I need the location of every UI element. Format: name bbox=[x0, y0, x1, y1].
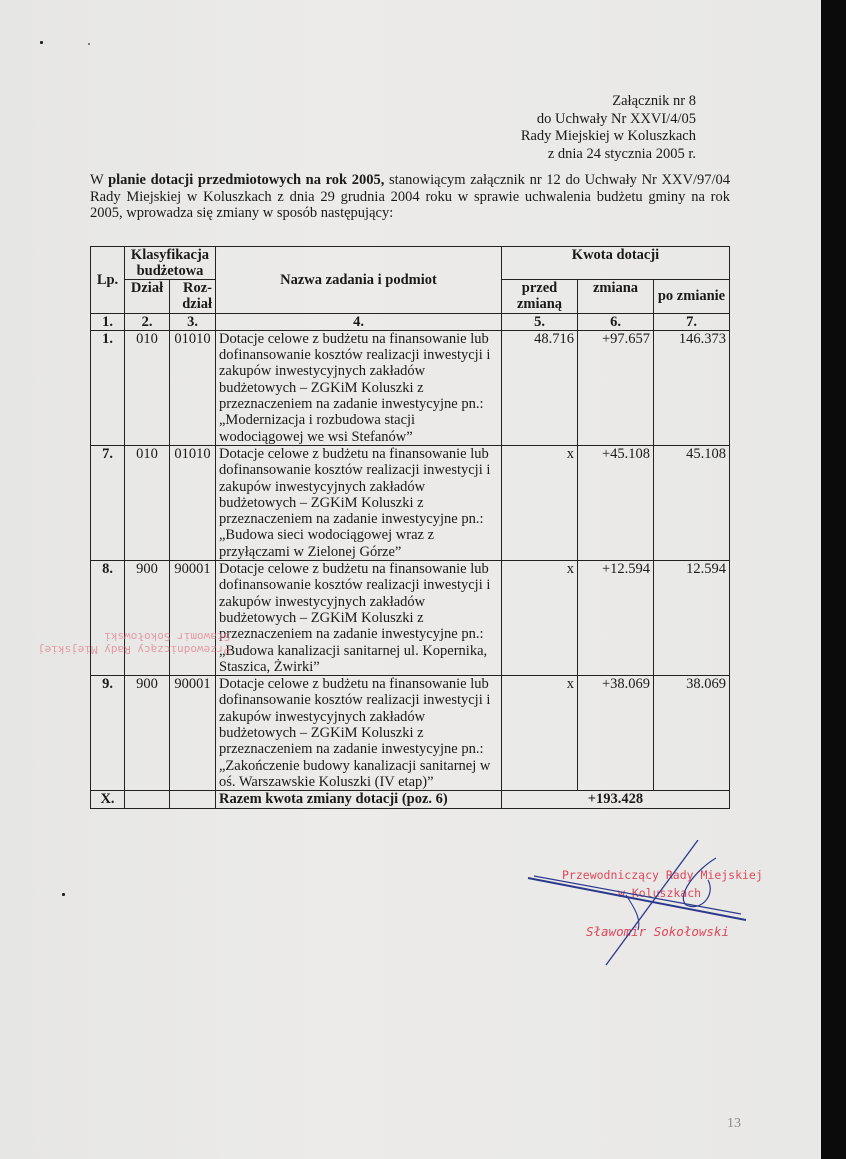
cell-lp: 8. bbox=[91, 561, 125, 676]
intro-bold: planie dotacji przedmiotowych na rok 200… bbox=[108, 172, 384, 188]
scan-speck bbox=[62, 893, 65, 896]
table-row: 1. 010 01010 Dotacje celowe z budżetu na… bbox=[91, 330, 730, 445]
colnum-6: 6. bbox=[578, 313, 654, 330]
header-rozdzial: Roz-dział bbox=[170, 280, 216, 314]
task-title: „Zakończenie budowy kanalizacji sanitarn… bbox=[219, 758, 490, 790]
scan-edge-border bbox=[821, 0, 846, 1159]
header-dzial: Dział bbox=[125, 280, 170, 314]
total-label: Razem kwota zmiany dotacji (poz. 6) bbox=[216, 791, 502, 808]
header-kwota: Kwota dotacji bbox=[502, 247, 730, 280]
cell-zmiana: +97.657 bbox=[578, 330, 654, 445]
cell-po: 45.108 bbox=[654, 445, 730, 560]
colnum-4: 4. bbox=[216, 313, 502, 330]
cell-dzial: 900 bbox=[125, 676, 170, 791]
cell-rozdzial: 90001 bbox=[170, 561, 216, 676]
handwritten-signature-icon bbox=[526, 840, 776, 970]
cell-przed: x bbox=[502, 676, 578, 791]
colnum-1: 1. bbox=[91, 313, 125, 330]
side-stamp-line2: Sławomir Sokołowski bbox=[38, 630, 230, 643]
task-description: Dotacje celowe z budżetu na finansowanie… bbox=[219, 446, 490, 527]
column-numbers-row: 1. 2. 3. 4. 5. 6. 7. bbox=[91, 313, 730, 330]
cell-dzial: 010 bbox=[125, 330, 170, 445]
cell-przed: x bbox=[502, 445, 578, 560]
total-value: +193.428 bbox=[502, 791, 730, 808]
header-lp: Lp. bbox=[91, 247, 125, 314]
signature-block: Przewodniczący Rady Miejskiej w Koluszka… bbox=[526, 840, 776, 970]
cell-dzial: 010 bbox=[125, 445, 170, 560]
header-po: po zmianie bbox=[654, 280, 730, 314]
cell-rozdzial: 01010 bbox=[170, 445, 216, 560]
table-row: 7. 010 01010 Dotacje celowe z budżetu na… bbox=[91, 445, 730, 560]
cell-po: 38.069 bbox=[654, 676, 730, 791]
colnum-7: 7. bbox=[654, 313, 730, 330]
cell-zmiana: +38.069 bbox=[578, 676, 654, 791]
table-row: 9. 900 90001 Dotacje celowe z budżetu na… bbox=[91, 676, 730, 791]
cell-rozdzial: 90001 bbox=[170, 676, 216, 791]
cell-zmiana: +45.108 bbox=[578, 445, 654, 560]
cell-nazwa: Dotacje celowe z budżetu na finansowanie… bbox=[216, 445, 502, 560]
total-row: X. Razem kwota zmiany dotacji (poz. 6) +… bbox=[91, 791, 730, 808]
task-title: „Budowa sieci wodociągowej wraz z przyłą… bbox=[219, 527, 434, 559]
cell-lp: 9. bbox=[91, 676, 125, 791]
header-nazwa: Nazwa zadania i podmiot bbox=[216, 247, 502, 314]
cell-nazwa: Dotacje celowe z budżetu na finansowanie… bbox=[216, 561, 502, 676]
task-description: Dotacje celowe z budżetu na finansowanie… bbox=[219, 676, 490, 757]
cell-przed: x bbox=[502, 561, 578, 676]
table-row: 8. 900 90001 Dotacje celowe z budżetu na… bbox=[91, 561, 730, 676]
intro-paragraph: W planie dotacji przedmiotowych na rok 2… bbox=[90, 172, 730, 222]
cell-nazwa: Dotacje celowe z budżetu na finansowanie… bbox=[216, 676, 502, 791]
side-stamp-line1: Przewodniczący Rady Miejskiej bbox=[38, 643, 230, 656]
subsidy-table: Lp. Klasyfikacja budżetowa Nazwa zadania… bbox=[90, 246, 730, 809]
cell-rozdzial: 01010 bbox=[170, 330, 216, 445]
annex-council: Rady Miejskiej w Koluszkach bbox=[521, 128, 696, 146]
document-page: Załącznik nr 8 do Uchwały Nr XXVI/4/05 R… bbox=[0, 0, 821, 1159]
intro-prefix: W bbox=[90, 172, 108, 188]
cell-po: 146.373 bbox=[654, 330, 730, 445]
cell-lp: 1. bbox=[91, 330, 125, 445]
total-lp: X. bbox=[91, 791, 125, 808]
annex-date: z dnia 24 stycznia 2005 r. bbox=[521, 146, 696, 164]
total-empty-rozdzial bbox=[170, 791, 216, 808]
task-title: „Modernizacja i rozbudowa stacji wodocią… bbox=[219, 412, 415, 444]
cell-nazwa: Dotacje celowe z budżetu na finansowanie… bbox=[216, 330, 502, 445]
task-description: Dotacje celowe z budżetu na finansowanie… bbox=[219, 331, 490, 412]
cell-lp: 7. bbox=[91, 445, 125, 560]
task-description: Dotacje celowe z budżetu na finansowanie… bbox=[219, 561, 490, 642]
total-empty-dzial bbox=[125, 791, 170, 808]
header-przed: przed zmianą bbox=[502, 280, 578, 314]
cell-po: 12.594 bbox=[654, 561, 730, 676]
annex-header: Załącznik nr 8 do Uchwały Nr XXVI/4/05 R… bbox=[521, 93, 696, 163]
scan-speck bbox=[88, 43, 90, 45]
annex-resolution: do Uchwały Nr XXVI/4/05 bbox=[521, 111, 696, 129]
cell-dzial: 900 bbox=[125, 561, 170, 676]
colnum-2: 2. bbox=[125, 313, 170, 330]
header-zmiana: zmiana bbox=[578, 280, 654, 314]
cell-zmiana: +12.594 bbox=[578, 561, 654, 676]
header-klasyfikacja: Klasyfikacja budżetowa bbox=[125, 247, 216, 280]
scan-speck bbox=[40, 41, 43, 44]
corner-pencil-mark: 13 bbox=[727, 1116, 741, 1132]
task-title: „Budowa kanalizacji sanitarnej ul. Koper… bbox=[219, 643, 487, 675]
colnum-5: 5. bbox=[502, 313, 578, 330]
cell-przed: 48.716 bbox=[502, 330, 578, 445]
annex-number: Załącznik nr 8 bbox=[521, 93, 696, 111]
colnum-3: 3. bbox=[170, 313, 216, 330]
faded-side-stamp: Przewodniczący Rady Miejskiej Sławomir S… bbox=[38, 630, 230, 656]
